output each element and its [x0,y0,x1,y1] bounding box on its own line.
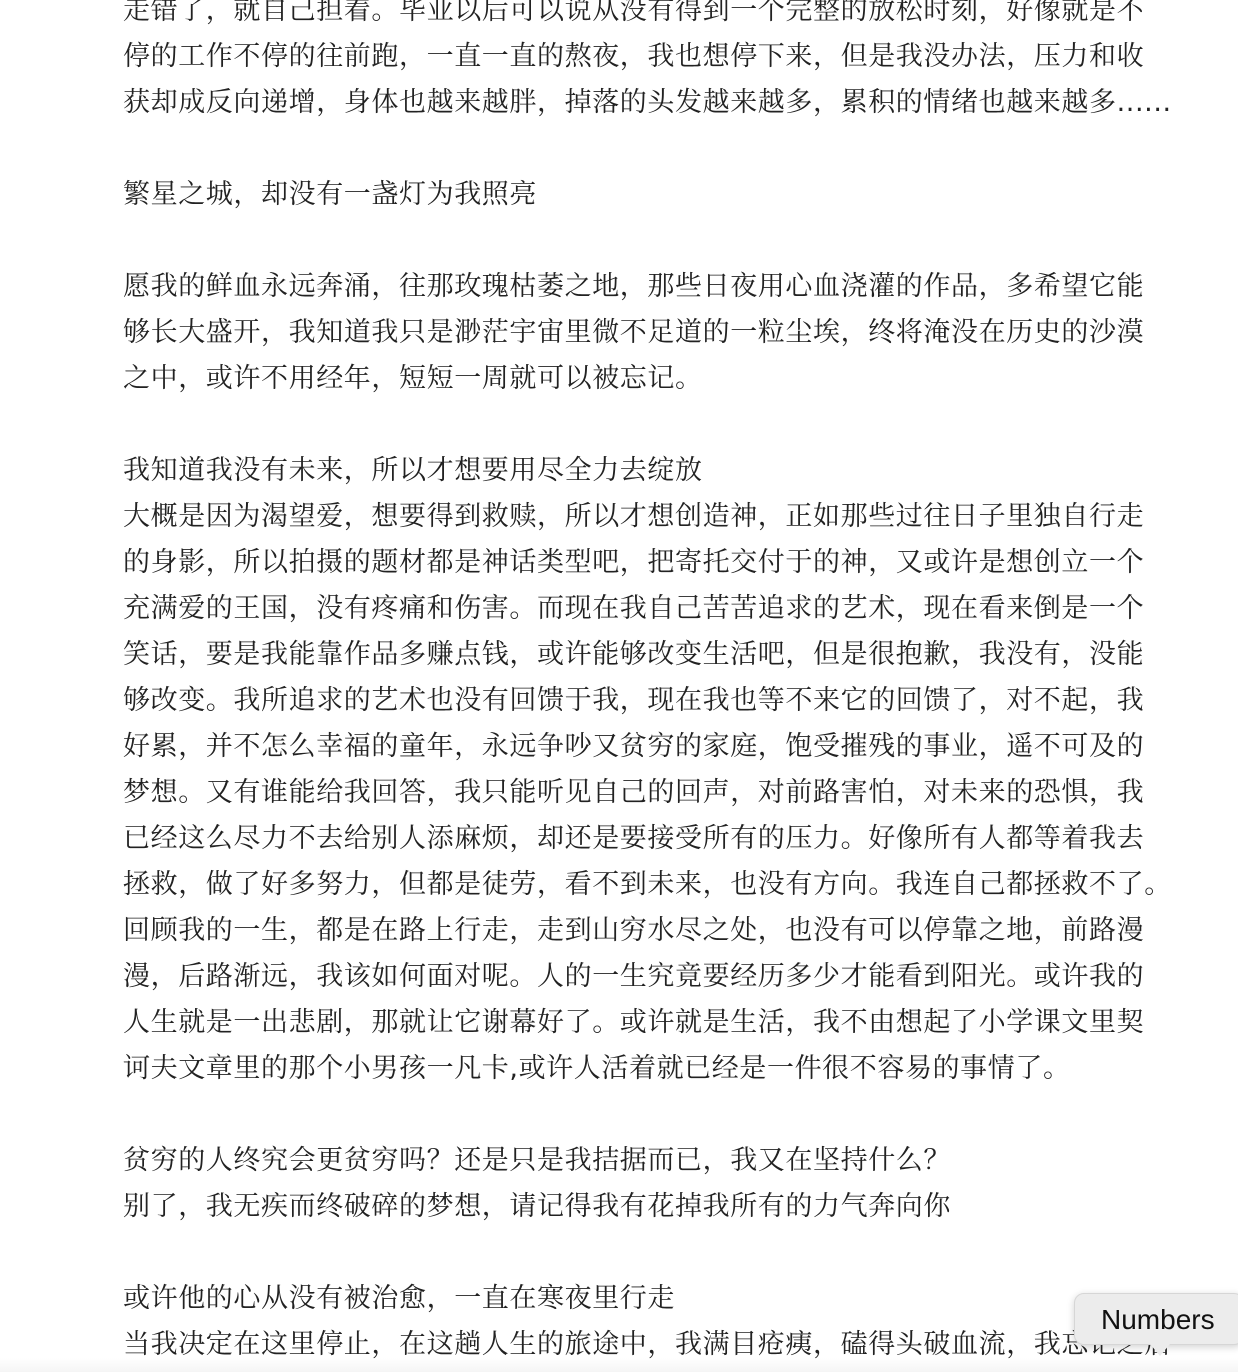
text-line: 或许他的心从没有被治愈，一直在寒夜里行走 [123,1276,1233,1322]
paragraph-spacer [123,218,1233,264]
document-body: 走错了，就自己担着。毕业以后可以说从没有得到一个完整的放松时刻，好像就是不 停的… [123,0,1233,1368]
bottom-fade [0,1358,1238,1372]
text-line: 梦想。又有谁能给我回答，我只能听见自己的回声，对前路害怕，对未来的恐惧，我 [123,770,1233,816]
tooltip-arrow-icon [1150,1344,1170,1356]
text-line: 够改变。我所追求的艺术也没有回馈于我，现在我也等不来它的回馈了，对不起，我 [123,678,1233,724]
text-line: 好累，并不怎么幸福的童年，永远争吵又贫穷的家庭，饱受摧残的事业，遥不可及的 [123,724,1233,770]
text-line: 回顾我的一生，都是在路上行走，走到山穷水尽之处，也没有可以停靠之地，前路漫 [123,908,1233,954]
paragraph-5: 贫穷的人终究会更贫穷吗？还是只是我拮据而已，我又在坚持什么？ 别了，我无疾而终破… [123,1138,1233,1230]
text-line: 走错了，就自己担着。毕业以后可以说从没有得到一个完整的放松时刻，好像就是不 [123,0,1233,34]
paragraph-spacer [123,1092,1233,1138]
text-line: 漫，后路渐远，我该如何面对呢。人的一生究竟要经历多少才能看到阳光。或许我的 [123,954,1233,1000]
text-line: 繁星之城，却没有一盏灯为我照亮 [123,172,1233,218]
text-line: 拯救，做了好多努力，但都是徒劳，看不到未来，也没有方向。我连自己都拯救不了。 [123,862,1233,908]
text-line: 之中，或许不用经年，短短一周就可以被忘记。 [123,356,1233,402]
paragraph-spacer [123,1230,1233,1276]
text-line: 充满爱的王国，没有疼痛和伤害。而现在我自己苦苦追求的艺术，现在看来倒是一个 [123,586,1233,632]
text-line: 人生就是一出悲剧，那就让它谢幕好了。或许就是生活，我不由想起了小学课文里契 [123,1000,1233,1046]
text-line: 停的工作不停的往前跑，一直一直的熬夜，我也想停下来，但是我没办法，压力和收 [123,34,1233,80]
text-line: 获却成反向递增，身体也越来越胖，掉落的头发越来越多，累积的情绪也越来越多....… [123,80,1233,126]
paragraph-3: 愿我的鲜血永远奔涌，往那玫瑰枯萎之地，那些日夜用心血浇灌的作品，多希望它能 够长… [123,264,1233,402]
text-line: 贫穷的人终究会更贫穷吗？还是只是我拮据而已，我又在坚持什么？ [123,1138,1233,1184]
paragraph-spacer [123,402,1233,448]
paragraph-1: 走错了，就自己担着。毕业以后可以说从没有得到一个完整的放松时刻，好像就是不 停的… [123,0,1233,126]
paragraph-4: 我知道我没有未来，所以才想要用尽全力去绽放 大概是因为渴望爱，想要得到救赎，所以… [123,448,1233,1092]
numbers-tooltip: Numbers [1074,1293,1238,1345]
text-line: 的身影，所以拍摄的题材都是神话类型吧，把寄托交付于的神，又或许是想创立一个 [123,540,1233,586]
text-line: 笑话，要是我能靠作品多赚点钱，或许能够改变生活吧，但是很抱歉，我没有，没能 [123,632,1233,678]
text-line: 已经这么尽力不去给别人添麻烦，却还是要接受所有的压力。好像所有人都等着我去 [123,816,1233,862]
text-line: 愿我的鲜血永远奔涌，往那玫瑰枯萎之地，那些日夜用心血浇灌的作品，多希望它能 [123,264,1233,310]
text-line: 别了，我无疾而终破碎的梦想，请记得我有花掉我所有的力气奔向你 [123,1184,1233,1230]
text-line: 诃夫文章里的那个小男孩一凡卡,或许人活着就已经是一件很不容易的事情了。 [123,1046,1233,1092]
paragraph-2: 繁星之城，却没有一盏灯为我照亮 [123,172,1233,218]
text-line: 够长大盛开，我知道我只是渺茫宇宙里微不足道的一粒尘埃，终将淹没在历史的沙漠 [123,310,1233,356]
paragraph-spacer [123,126,1233,172]
text-line: 我知道我没有未来，所以才想要用尽全力去绽放 [123,448,1233,494]
paragraph-6: 或许他的心从没有被治愈，一直在寒夜里行走 当我决定在这里停止，在这趟人生的旅途中… [123,1276,1233,1368]
text-line: 大概是因为渴望爱，想要得到救赎，所以才想创造神，正如那些过往日子里独自行走 [123,494,1233,540]
